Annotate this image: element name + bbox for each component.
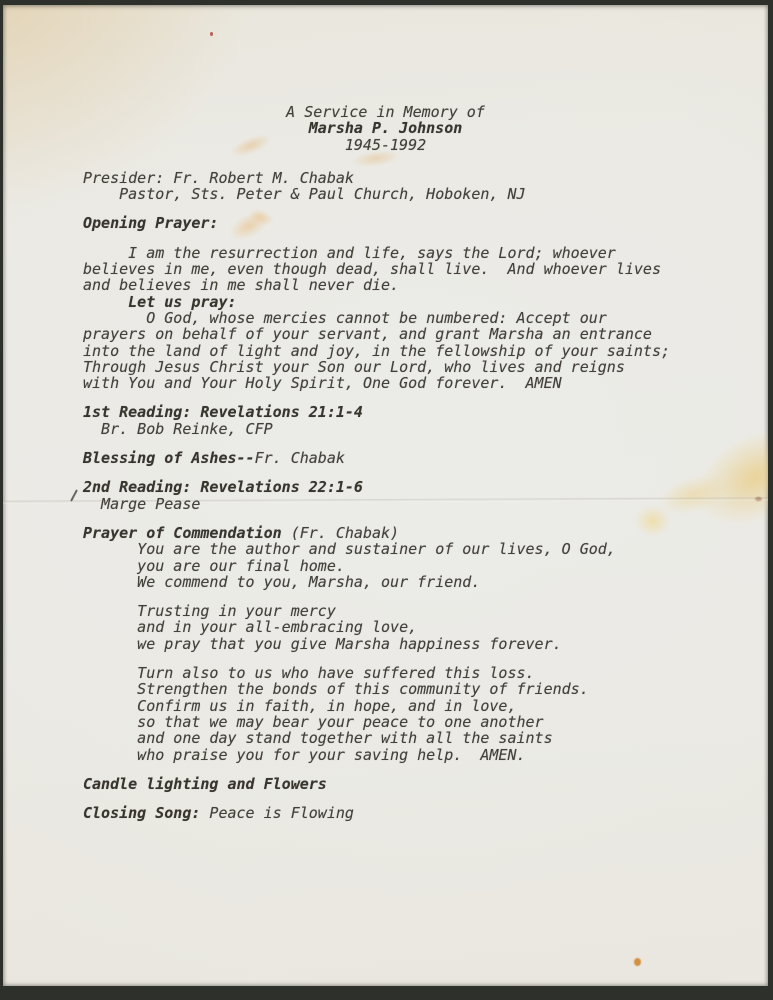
blessing-line: Blessing of Ashes--Fr. Chabak <box>3 450 768 466</box>
service-title: A Service in Memory of <box>3 104 768 120</box>
text-line: Strengthen the bonds of this community o… <box>3 681 768 697</box>
text-line: Through Jesus Christ your Son our Lord, … <box>3 359 768 375</box>
first-reading-reader: Br. Bob Reinke, CFP <box>3 421 768 437</box>
text-line: Confirm us in faith, in hope, and in lov… <box>3 698 768 714</box>
stain-mark <box>210 32 213 36</box>
text-line: who praise you for your saving help. AME… <box>3 747 768 763</box>
blessing-celebrant: Fr. Chabak <box>255 449 345 467</box>
text-line: and in your all-embracing love, <box>3 619 768 635</box>
text-line: we pray that you give Marsha happiness f… <box>3 636 768 652</box>
closing-song-line: Closing Song: Peace is Flowing <box>3 805 768 821</box>
text-line: Trusting in your mercy <box>3 603 768 619</box>
closing-song-heading: Closing Song: <box>83 804 200 822</box>
text-line: prayers on behalf of your servant, and g… <box>3 326 768 342</box>
second-reading-reader: Marge Pease <box>3 496 768 512</box>
text-line: and believes in me shall never die. <box>3 277 768 293</box>
honoree-name: Marsha P. Johnson <box>3 120 768 136</box>
document-header: A Service in Memory of Marsha P. Johnson… <box>3 104 768 153</box>
closing-song-title: Peace is Flowing <box>200 804 354 822</box>
commendation-section: Prayer of Commendation (Fr. Chabak) You … <box>3 525 768 590</box>
commendation-celebrant: (Fr. Chabak) <box>282 524 399 542</box>
text-line: with You and Your Holy Spirit, One God f… <box>3 375 768 391</box>
opening-prayer-heading: Opening Prayer: <box>3 215 768 231</box>
presider-line: Presider: Fr. Robert M. Chabak <box>3 170 768 186</box>
blessing-of-ashes-section: Blessing of Ashes--Fr. Chabak <box>3 450 768 466</box>
text-line: O God, whose mercies cannot be numbered:… <box>3 310 768 326</box>
candle-lighting-heading: Candle lighting and Flowers <box>3 776 768 792</box>
text-line: so that we may bear your peace to one an… <box>3 714 768 730</box>
blessing-heading: Blessing of Ashes-- <box>83 449 255 467</box>
text-line: believes in me, even though dead, shall … <box>3 261 768 277</box>
text-line: I am the resurrection and life, says the… <box>3 245 768 261</box>
candle-lighting-section: Candle lighting and Flowers <box>3 776 768 792</box>
presider-section: Presider: Fr. Robert M. Chabak Pastor, S… <box>3 170 768 203</box>
text-line: and one day stand together with all the … <box>3 730 768 746</box>
stain-mark <box>634 958 641 966</box>
text-line: into the land of light and joy, in the f… <box>3 343 768 359</box>
text-line: We commend to you, Marsha, our friend. <box>3 574 768 590</box>
let-us-pray-subheading: Let us pray: <box>3 294 768 310</box>
commendation-stanza3: Turn also to us who have suffered this l… <box>3 665 768 763</box>
document-content: A Service in Memory of Marsha P. Johnson… <box>3 104 768 821</box>
text-line: Turn also to us who have suffered this l… <box>3 665 768 681</box>
first-reading-heading: 1st Reading: Revelations 21:1-4 <box>3 404 768 420</box>
text-line: You are the author and sustainer of our … <box>3 541 768 557</box>
second-reading-section: 2nd Reading: Revelations 22:1-6 Marge Pe… <box>3 479 768 512</box>
commendation-heading: Prayer of Commendation <box>83 524 282 542</box>
text-line: you are our final home. <box>3 558 768 574</box>
commendation-heading-line: Prayer of Commendation (Fr. Chabak) <box>3 525 768 541</box>
commendation-stanza2: Trusting in your mercy and in your all-e… <box>3 603 768 652</box>
second-reading-heading: 2nd Reading: Revelations 22:1-6 <box>3 479 768 495</box>
opening-prayer-body: I am the resurrection and life, says the… <box>3 245 768 392</box>
document-page: A Service in Memory of Marsha P. Johnson… <box>3 5 768 986</box>
honoree-dates: 1945-1992 <box>3 137 768 153</box>
first-reading-section: 1st Reading: Revelations 21:1-4 Br. Bob … <box>3 404 768 437</box>
opening-prayer-heading-block: Opening Prayer: <box>3 215 768 231</box>
presider-church-line: Pastor, Sts. Peter & Paul Church, Hoboke… <box>3 186 768 202</box>
scanner-background: { "header": { "line1": "A Service in Mem… <box>0 0 773 1000</box>
closing-song-section: Closing Song: Peace is Flowing <box>3 805 768 821</box>
